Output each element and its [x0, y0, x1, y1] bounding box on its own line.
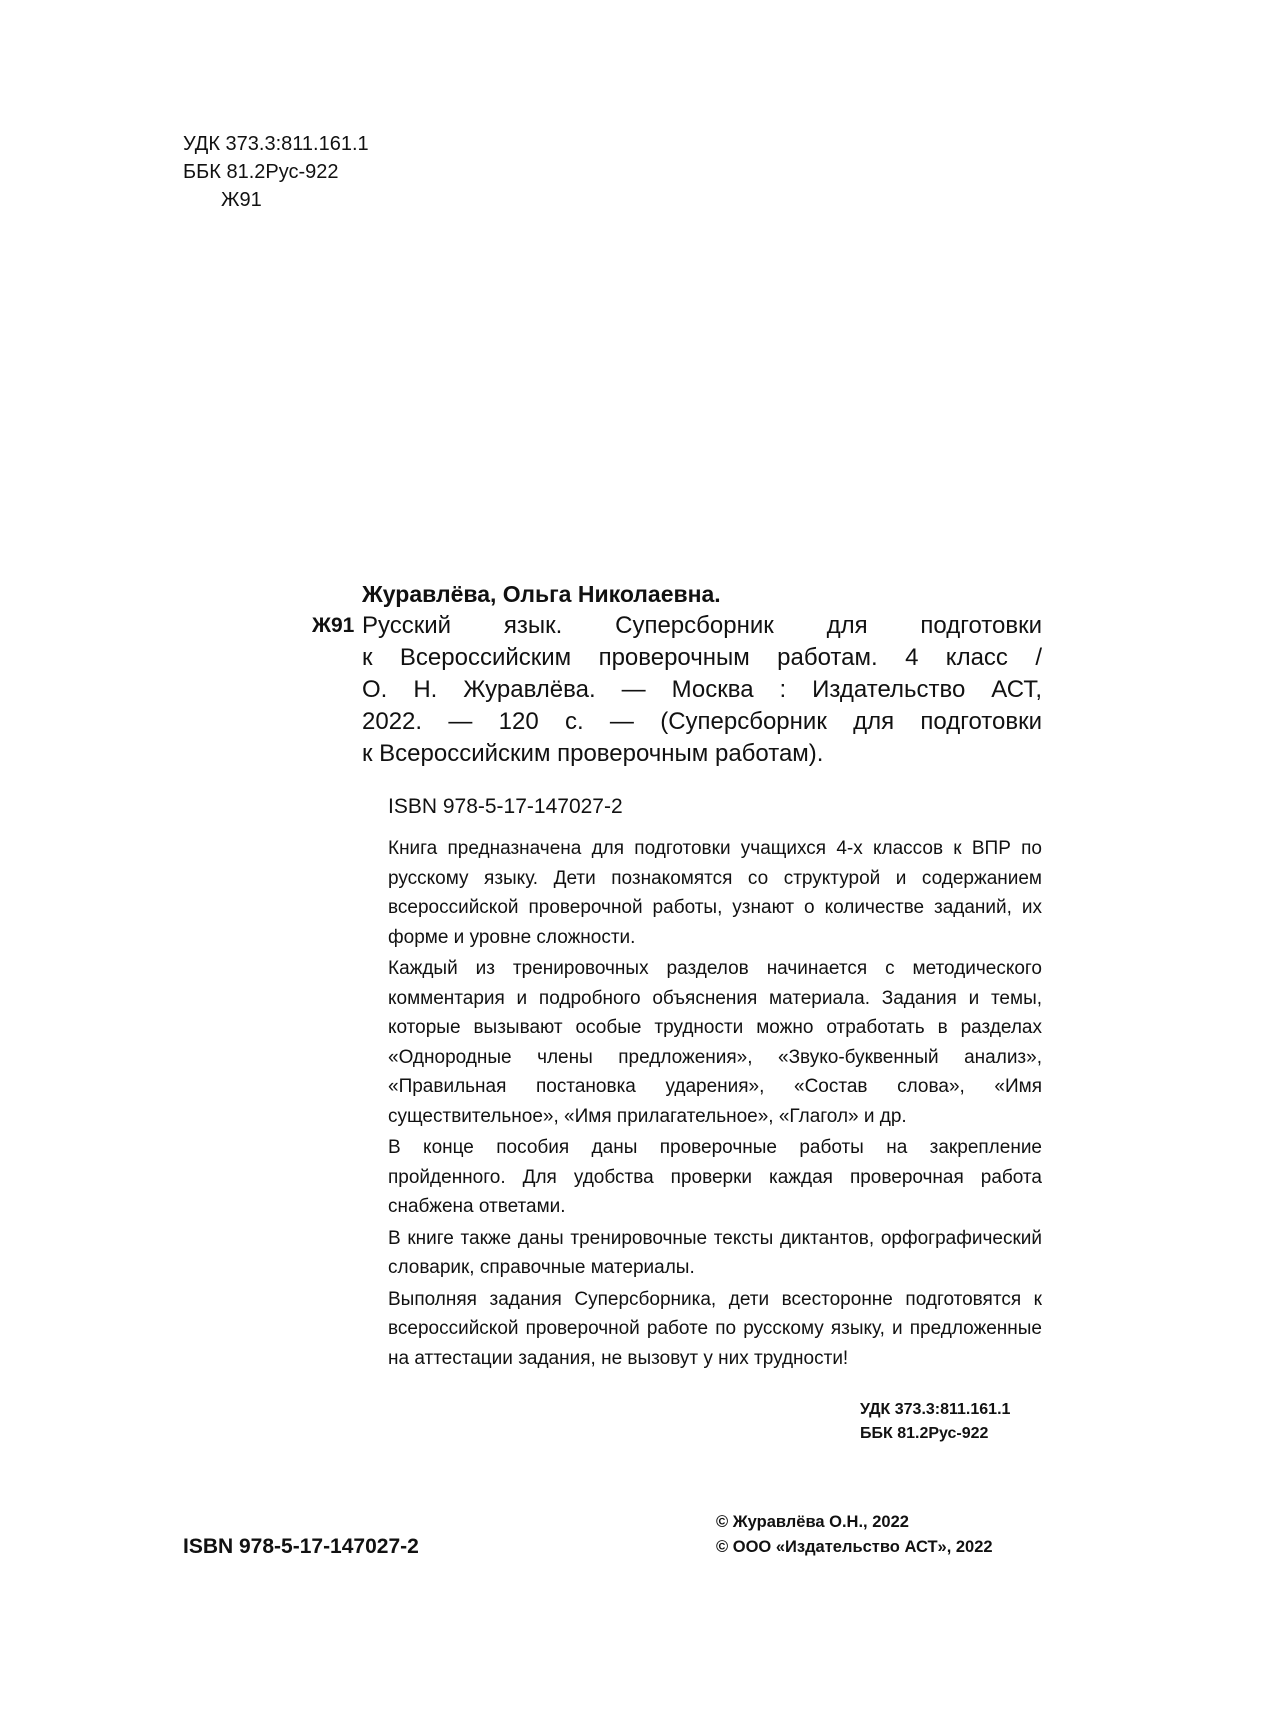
annotation-paragraph: В конце пособия даны проверочные работы … [388, 1133, 1042, 1222]
isbn-footer: ISBN 978-5-17-147027-2 [183, 1535, 419, 1559]
annotation-paragraph: Книга предназначена для подготовки учащи… [388, 834, 1042, 952]
bbk-code: ББК 81.2Рус-922 [183, 158, 369, 186]
annotation-paragraph: Каждый из тренировочных разделов начинае… [388, 954, 1042, 1131]
author-sign: Ж91 [183, 186, 369, 214]
udk-code: УДК 373.3:811.161.1 [183, 130, 369, 158]
bibliographic-record: Журавлёва, Ольга Николаевна. Ж91 Русский… [312, 578, 1042, 770]
author-sign-inline: Ж91 [312, 610, 362, 770]
bibliographic-description: Русский язык. Суперсборник для подготовк… [362, 610, 1042, 770]
bbk-code-bottom: ББК 81.2Рус-922 [860, 1422, 1010, 1446]
annotation-paragraph: В книге также даны тренировочные тексты … [388, 1224, 1042, 1283]
classification-codes: УДК 373.3:811.161.1 ББК 81.2Рус-922 Ж91 [183, 130, 369, 214]
biblio-line: к Всероссийским проверочным работам). [362, 738, 1042, 770]
biblio-line: О. Н. Журавлёва. — Москва : Издательство… [362, 674, 1042, 706]
copyright-author: © Журавлёва О.Н., 2022 [716, 1510, 993, 1535]
bottom-classification-codes: УДК 373.3:811.161.1 ББК 81.2Рус-922 [860, 1398, 1010, 1446]
biblio-line: к Всероссийским проверочным работам. 4 к… [362, 642, 1042, 674]
author-heading: Журавлёва, Ольга Николаевна. [312, 578, 1042, 610]
annotation-paragraph: Выполняя задания Суперсборника, дети все… [388, 1285, 1042, 1374]
annotation: Книга предназначена для подготовки учащи… [388, 834, 1042, 1375]
biblio-line: Русский язык. Суперсборник для подготовк… [362, 610, 1042, 642]
copyright-publisher: © ООО «Издательство АСТ», 2022 [716, 1535, 993, 1560]
copyright-block: © Журавлёва О.Н., 2022 © ООО «Издательст… [716, 1510, 993, 1560]
isbn-record: ISBN 978-5-17-147027-2 [388, 795, 623, 819]
udk-code-bottom: УДК 373.3:811.161.1 [860, 1398, 1010, 1422]
biblio-line: 2022. — 120 с. — (Суперсборник для подго… [362, 706, 1042, 738]
